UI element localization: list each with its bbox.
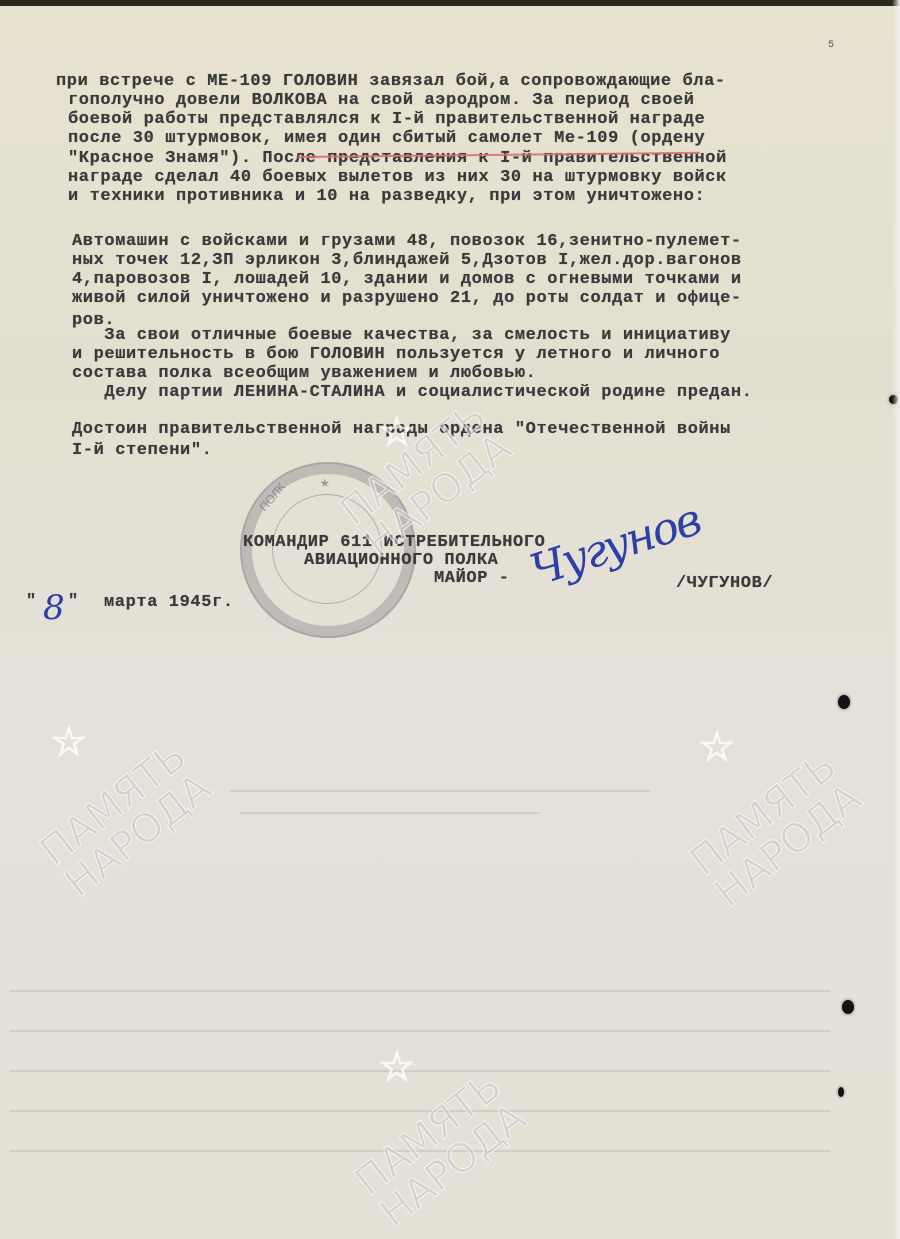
body-line: состава полка всеобщим уважением и любов…: [72, 364, 536, 384]
body-line: ных точек 12,ЗП эрликон 3,блиндажей 5,Дз…: [72, 251, 742, 271]
date-month-year: марта 1945г.: [104, 593, 234, 613]
body-line: после 30 штурмовок, имея один сбитый сам…: [68, 129, 705, 149]
signature-rank: МАЙОР -: [434, 569, 510, 589]
body-line: Автомашин с войсками и грузами 48, повоз…: [72, 232, 742, 252]
bleed-through-text: [10, 1070, 830, 1072]
punch-hole: [838, 695, 850, 709]
date-quote-open: ": [26, 592, 37, 612]
bleed-through-text: [240, 812, 540, 814]
signature-title-line2: АВИАЦИОННОГО ПОЛКА: [304, 551, 498, 571]
signatory-name: /ЧУГУНОВ/: [676, 574, 773, 594]
bleed-through-text: [10, 1030, 830, 1032]
body-line: 4,паровозов I, лошадей 10, здании и домо…: [72, 270, 742, 290]
body-line: гополучно довели ВОЛКОВА на свой аэродро…: [68, 91, 695, 111]
punch-hole: [842, 1000, 854, 1014]
seal-ring-text: ПОЛК: [256, 480, 288, 514]
date-day-handwritten: 8: [43, 588, 65, 628]
watermark: ПАМЯТЬ НАРОДА: [349, 1066, 534, 1235]
bleed-through-text: [10, 990, 830, 992]
body-line: I-й степени".: [72, 441, 212, 461]
body-line: живой силой уничтожено и разрушено 21, д…: [72, 289, 742, 309]
document-page: 5 при встрече с МЕ-109 ГОЛОВИН завязал б…: [0, 0, 900, 1239]
date-quote-close: ": [68, 592, 79, 612]
watermark-star-icon: ☆: [380, 1030, 414, 1098]
page-number-mark: 5: [828, 40, 834, 51]
punch-hole: [838, 1087, 844, 1097]
body-line: и решительность в бою ГОЛОВИН пользуется…: [72, 345, 720, 365]
watermark-star-icon: ☆: [52, 705, 86, 773]
body-line: боевой работы представлялся к I-й правит…: [68, 110, 705, 130]
seal-star-icon: ★: [320, 472, 330, 492]
body-line: и техники противника и 10 на разведку, п…: [68, 187, 705, 207]
watermark-star-icon: ☆: [700, 710, 734, 778]
body-line: За свои отличные боевые качества, за сме…: [72, 326, 731, 346]
body-line: награде сделал 40 боевых вылетов из них …: [68, 168, 727, 188]
ink-blot: [889, 395, 898, 404]
body-line: при встрече с МЕ-109 ГОЛОВИН завязал бой…: [56, 72, 726, 92]
bleed-through-text: [230, 790, 650, 792]
